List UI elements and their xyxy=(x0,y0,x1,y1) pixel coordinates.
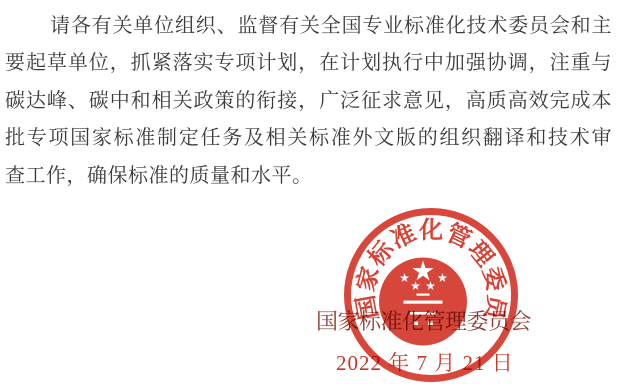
paragraph-line-2: 要起草单位，抓紧落实专项计划，在计划执行中加强协调，注重与 xyxy=(5,45,612,82)
paragraph-line-3: 碳达峰、碳中和相关政策的衔接，广泛征求意见，高质高效完成本 xyxy=(5,83,612,120)
issuing-authority-signature: 国家标准化管理委员会 xyxy=(316,309,538,335)
notice-paragraph: 请各有关单位组织、监督有关全国专业标准化技术委员会和主 要起草单位，抓紧落实专项… xyxy=(5,8,612,195)
paragraph-line-1: 请各有关单位组织、监督有关全国专业标准化技术委员会和主 xyxy=(5,8,612,45)
svg-text:国家标准化管理委员会: 国家标准化管理委员会 xyxy=(352,217,510,324)
paragraph-line-4: 批专项国家标准制定任务及相关标准外文版的组织翻译和技术审 xyxy=(5,120,612,157)
seal-ring-text: 国家标准化管理委员会 xyxy=(352,217,510,324)
paragraph-line-5: 查工作，确保标准的质量和水平。 xyxy=(5,158,612,195)
document-page: 请各有关单位组织、监督有关全国专业标准化技术委员会和主 要起草单位，抓紧落实专项… xyxy=(0,0,619,384)
document-date: 2022 年 7 月 21 日 xyxy=(336,351,514,376)
